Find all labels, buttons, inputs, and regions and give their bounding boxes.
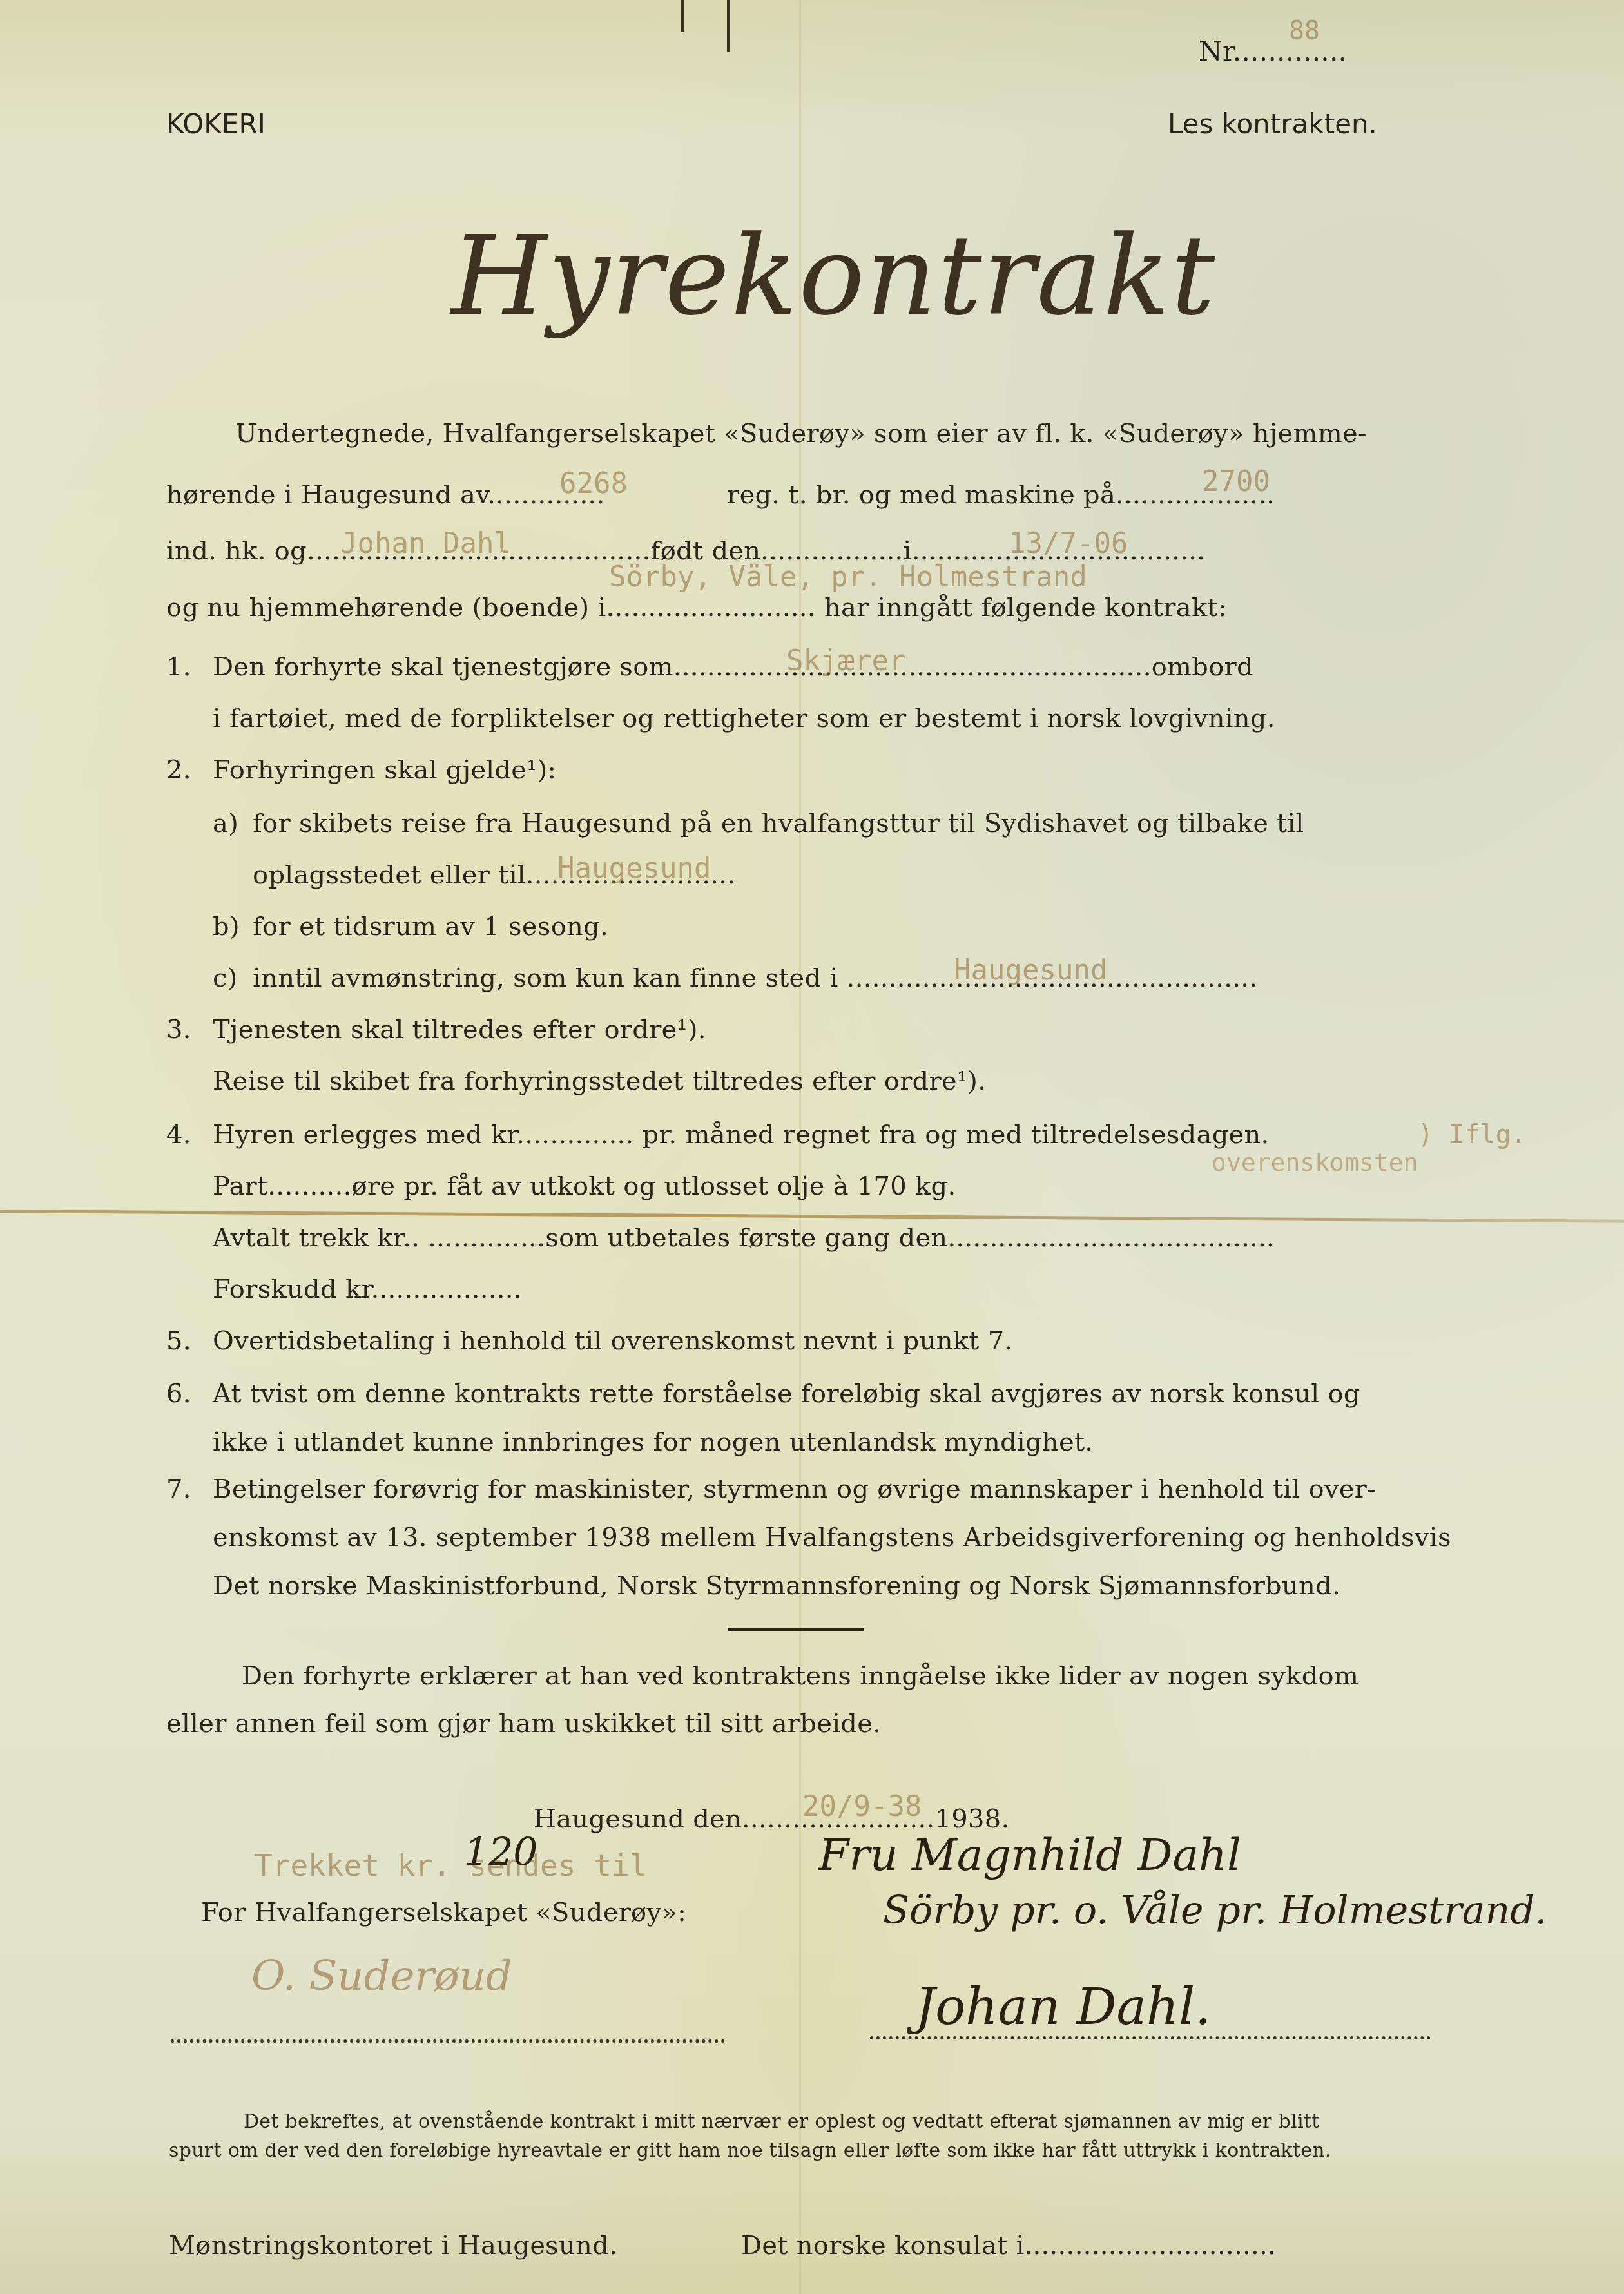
filled-signing-date: 20/9-38: [802, 1790, 922, 1823]
clause-7-line-3: Det norske Maskinistforbund, Norsk Styrm…: [213, 1571, 1340, 1601]
punch-mark: [681, 0, 684, 32]
clause-4-text: Hyren erlegges med kr.............. pr. …: [213, 1120, 1270, 1150]
clause-3-cont: Reise til skibet fra forhyringsstedet ti…: [213, 1066, 986, 1096]
clause-1-number: 1.: [166, 652, 191, 682]
clause-1-cont: i fartøiet, med de forpliktelser og rett…: [213, 704, 1275, 733]
company-signature-line: [171, 2039, 725, 2043]
confirmation-line-2: spurt om der ved den foreløbige hyreavta…: [169, 2139, 1331, 2162]
consulate-label: Det norske konsulat i...................…: [741, 2231, 1276, 2260]
contract-number-label: Nr.............: [1199, 35, 1347, 67]
clause-4-advance: Forskudd kr..................: [213, 1275, 522, 1304]
read-contract-label: Les kontrakten.: [1168, 108, 1377, 140]
clause-6-number: 6.: [166, 1379, 191, 1409]
confirmation-line-1: Det bekreftes, at ovenstående kontrakt i…: [244, 2110, 1320, 2133]
clause-5-number: 5.: [166, 1326, 191, 1356]
filled-birth-date: 13/7-06: [1009, 527, 1128, 560]
clause-7-line-2: enskomst av 13. september 1938 mellem Hv…: [213, 1523, 1451, 1552]
clause-7-number: 7.: [166, 1474, 191, 1504]
intro-line-2a: hørende i Haugesund av..............: [166, 480, 605, 510]
clause-3-text: Tjenesten skal tiltredes efter ordre¹).: [213, 1015, 706, 1045]
recipient-line-1: Fru Magnhild Dahl: [818, 1830, 1241, 1881]
clause-4-part: Part..........øre pr. fåt av utkokt og u…: [213, 1171, 956, 1201]
filled-return-port: Haugesund: [557, 852, 711, 885]
clause-2c-label: c): [213, 963, 238, 993]
page-title: Hyrekontrakt: [451, 213, 1216, 340]
intro-line-2b: reg. t. br. og med maskine på...........…: [727, 480, 1275, 510]
filled-engine-hk: 2700: [1202, 465, 1270, 498]
clause-6-cont: ikke i utlandet kunne innbringes for nog…: [213, 1427, 1093, 1457]
seaman-signature: Johan Dahl.: [915, 1978, 1211, 2036]
section-divider: [728, 1628, 864, 1631]
intro-line-4: og nu hjemmehørende (boende) i..........…: [166, 593, 1227, 622]
company-signature: O. Suderøud: [251, 1952, 512, 2000]
clause-7-text: Betingelser forøvrig for maskinister, st…: [213, 1474, 1376, 1504]
clause-6-text: At tvist om denne kontrakts rette forstå…: [213, 1379, 1360, 1409]
filled-tonnage: 6268: [559, 467, 628, 500]
kokeri-label: KOKERI: [166, 108, 266, 140]
margin-stamp-overenskomsten: overenskomsten: [1212, 1148, 1418, 1177]
clause-2a-text: for skibets reise fra Haugesund på en hv…: [253, 809, 1304, 838]
contract-number-value: 88: [1289, 16, 1320, 46]
clause-5-text: Overtidsbetaling i henhold til overensko…: [213, 1326, 1013, 1356]
clause-2b-text: for et tidsrum av 1 sesong.: [253, 912, 608, 941]
filled-residence: Sörby, Väle, pr. Holmestrand: [609, 561, 1087, 593]
margin-stamp-iflg: ) Iflg.: [1418, 1120, 1527, 1150]
clause-4-deduction: Avtalt trekk kr.. ..............som utbe…: [213, 1223, 1275, 1253]
deduction-stamp: Trekket kr. sendes til: [255, 1848, 647, 1883]
clause-2-text: Forhyringen skal gjelde¹):: [213, 755, 556, 785]
muster-office-label: Mønstringskontoret i Haugesund.: [169, 2231, 617, 2260]
recipient-line-2: Sörby pr. o. Våle pr. Holmestrand.: [883, 1888, 1547, 1933]
punch-mark: [727, 0, 730, 52]
clause-2a-label: a): [213, 809, 238, 838]
filled-position: Skjærer: [786, 644, 905, 677]
seaman-signature-line: [870, 2036, 1431, 2039]
clause-2-number: 2.: [166, 755, 191, 785]
company-signature-label: For Hvalfangerselskapet «Suderøy»:: [201, 1898, 686, 1927]
filled-name: Johan Dahl: [340, 527, 511, 560]
clause-1-text: Den forhyrte skal tjenestgjøre som......…: [213, 652, 1253, 682]
deduction-amount-handwritten: 120: [464, 1830, 538, 1875]
filled-signoff-port: Haugesund: [954, 954, 1107, 987]
paper-fold-horizontal: [0, 1210, 1624, 1222]
contract-page: KOKERI Nr............. 88 Les kontrakten…: [0, 0, 1624, 2294]
clause-3-number: 3.: [166, 1015, 191, 1045]
clause-2b-label: b): [213, 912, 240, 941]
clause-4-number: 4.: [166, 1120, 191, 1150]
declaration-line-2: eller annen feil som gjør ham uskikket t…: [166, 1709, 881, 1739]
declaration-line-1: Den forhyrte erklærer at han ved kontrak…: [242, 1661, 1358, 1691]
intro-line-1: Undertegnede, Hvalfangerselskapet «Suder…: [235, 419, 1367, 448]
